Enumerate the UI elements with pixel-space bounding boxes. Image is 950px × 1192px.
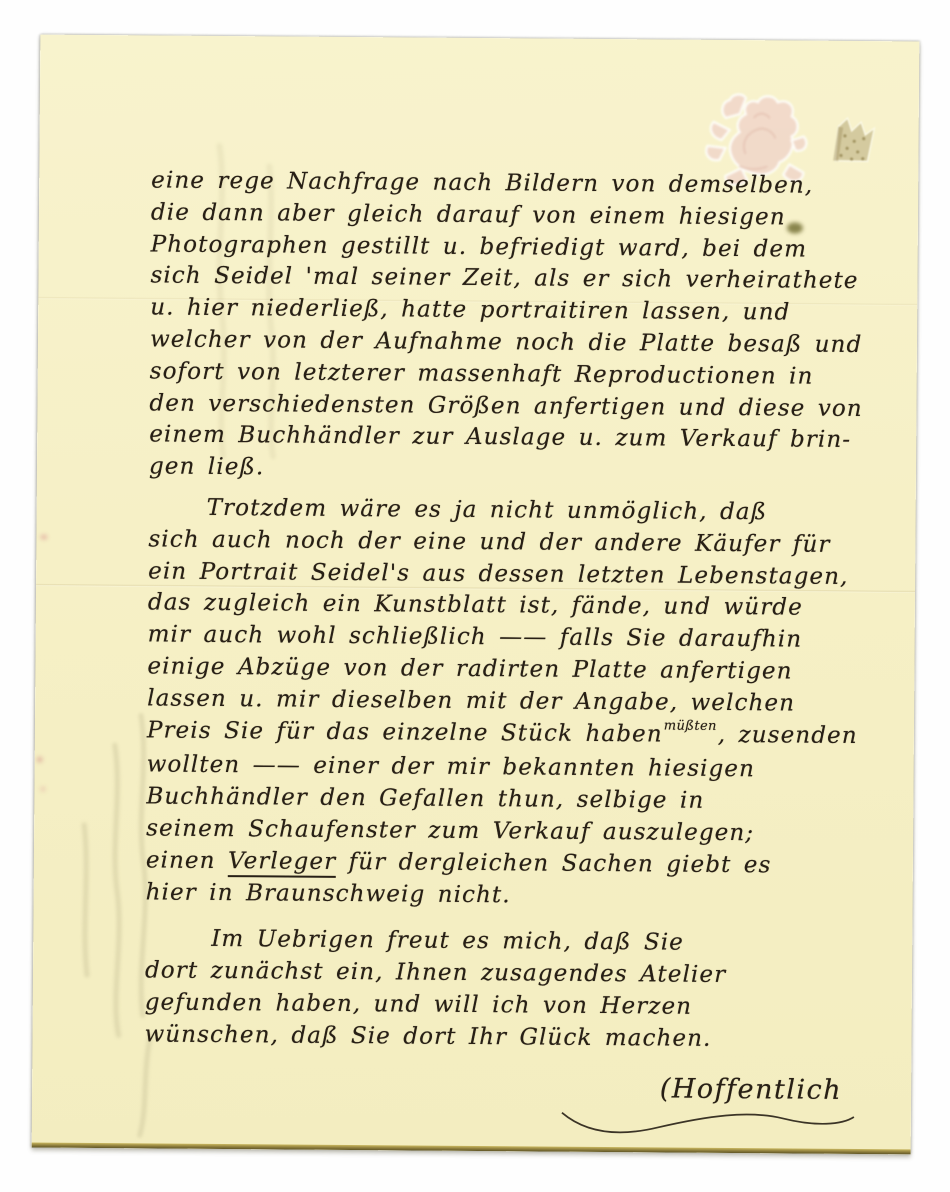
line-text: Preis Sie für das einzelne Stück haben [147,717,663,747]
interlinear-insertion: müßten [664,710,717,742]
handwritten-line: sofort von letzterer massenhaft Reproduc… [150,356,894,394]
paper-speck [37,757,43,763]
paragraph-1: eine rege Nachfrage nach Bildern von dem… [149,165,895,489]
handwritten-line-with-insertion: Preis Sie für das einzelne Stück habenmü… [147,715,891,756]
line-text: für dergleichen Sachen giebt es [336,849,771,878]
handwritten-line: wünschen, daß Sie dort Ihr Glück machen. [144,1019,888,1057]
underlined-word: Verleger [228,848,336,878]
closing-word: (Hoffentlich [144,1069,888,1106]
paper-speck [40,535,47,540]
handwritten-line: sich auch noch der eine und der andere K… [148,524,892,562]
flourish-underline-icon [558,1102,858,1140]
handwritten-line: die dann aber gleich darauf von einem hi… [151,197,895,235]
closing-text: (Hoffentlich [660,1073,843,1105]
handwritten-line: hier in Braunschweig nicht. [146,877,890,915]
handwritten-line-with-underline: einen Verleger für dergleichen Sachen gi… [146,845,890,883]
paper-speck [40,787,45,792]
embossed-crown-seal-icon [827,115,875,177]
line-text: einen [146,847,228,874]
handwritten-line: lassen u. mir dieselben mit der Angabe, … [147,683,891,721]
line-text: , zusenden [718,721,858,748]
paragraph-2: Trotzdem wäre es ja nicht unmöglich, daß… [146,492,893,914]
paragraph-3: Im Uebrigen freut es mich, daß Sie dort … [144,924,889,1057]
letter-page: eine rege Nachfrage nach Bildern von dem… [32,35,920,1155]
handwritten-line: gen ließ. [149,452,893,490]
letter-body: eine rege Nachfrage nach Bildern von dem… [144,165,895,1105]
